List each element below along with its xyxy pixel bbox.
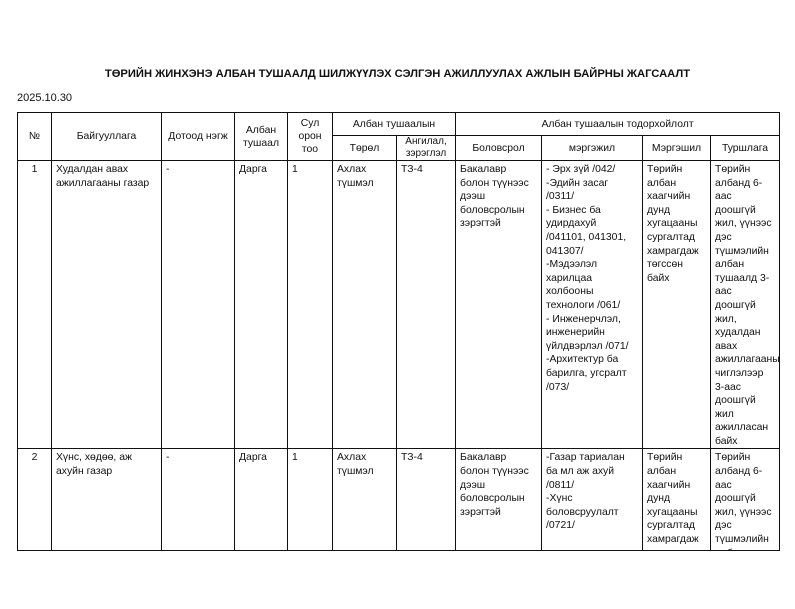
row-organization: Худалдан авах ажиллагааны газар [52,161,162,449]
row-num: 2 [18,449,52,551]
job-vacancy-table: № Байгууллага Дотоод нэгж Албан тушаал С… [17,112,780,551]
profession-item: - Эрх зүй /042/ [546,163,638,177]
header-position-group: Албан тушаалын [333,113,456,136]
profession-item: -Хүнс боловсруулалт /0721/ [546,492,638,533]
document-date: 2025.10.30 [17,92,72,104]
profession-item: -Мэдээлэл харилцаа холбооны технологи /0… [546,258,638,312]
header-education: Боловсрол [456,136,542,161]
header-profession: мэргэжил [542,136,643,161]
profession-item: - Бизнес ба удирдахуй /041101, 041301, 0… [546,204,638,258]
document-title: ТӨРИЙН ЖИНХЭНЭ АЛБАН ТУШААЛД ШИЛЖҮҮЛЭХ С… [0,68,795,80]
row-education: Бакалавр болон түүнээс дээш боловсролын … [456,161,542,449]
profession-item: -Газар тариалан ба мл аж ахуй /0811/ [546,451,638,492]
row-profession: - Эрх зүй /042/ -Эдийн засаг /0311/ - Би… [542,161,643,449]
header-vacancies: Сул орон тоо [288,113,333,161]
table-row: 2 Хүнс, хөдөө, аж ахуйн газар - Дарга 1 … [18,449,780,551]
row-experience: Төрийн албанд 6-аас доошгүй жил, үүнээс … [711,161,780,449]
row-skill-text: Төрийн албан хаагчийн дунд хугацааны сур… [647,451,706,550]
row-education: Бакалавр болон түүнээс дээш боловсролын … [456,449,542,551]
row-experience-text: Төрийн албанд 6-аас доошгүй жил, үүнээс … [715,451,775,550]
row-organization: Хүнс, хөдөө, аж ахуйн газар [52,449,162,551]
row-position: Дарга [235,449,288,551]
row-position: Дарга [235,161,288,449]
row-position-class: ТЗ-4 [397,161,456,449]
row-vacancies: 1 [288,161,333,449]
header-position: Албан тушаал [235,113,288,161]
header-organization: Байгууллага [52,113,162,161]
row-internal-unit: - [162,161,235,449]
profession-item: - Инженерчлэл, инженерийн үйлдвэрлэл /07… [546,313,638,354]
header-position-type: Төрөл [333,136,397,161]
header-num: № [18,113,52,161]
row-internal-unit: - [162,449,235,551]
profession-item: -Архитектур ба барилга, угсралт /073/ [546,353,638,394]
row-skill: Төрийн албан хаагчийн дунд хугацааны сур… [643,161,711,449]
row-profession: -Газар тариалан ба мл аж ахуй /0811/ -Хү… [542,449,643,551]
row-vacancies: 1 [288,449,333,551]
row-position-type: Ахлах түшмэл [333,161,397,449]
header-description-group: Албан тушаалын тодорхойлолт [456,113,780,136]
header-row-top: № Байгууллага Дотоод нэгж Албан тушаал С… [18,113,780,136]
header-position-class: Ангилал, зэрэглэл [397,136,456,161]
header-skill: Мэргэшил [643,136,711,161]
row-num: 1 [18,161,52,449]
header-experience: Туршлага [711,136,780,161]
row-position-class: ТЗ-4 [397,449,456,551]
profession-item: -Эдийн засаг /0311/ [546,177,638,204]
header-internal-unit: Дотоод нэгж [162,113,235,161]
row-experience: Төрийн албанд 6-аас доошгүй жил, үүнээс … [711,449,780,551]
table-row: 1 Худалдан авах ажиллагааны газар - Дарг… [18,161,780,449]
row-position-type: Ахлах түшмэл [333,449,397,551]
row-skill: Төрийн албан хаагчийн дунд хугацааны сур… [643,449,711,551]
